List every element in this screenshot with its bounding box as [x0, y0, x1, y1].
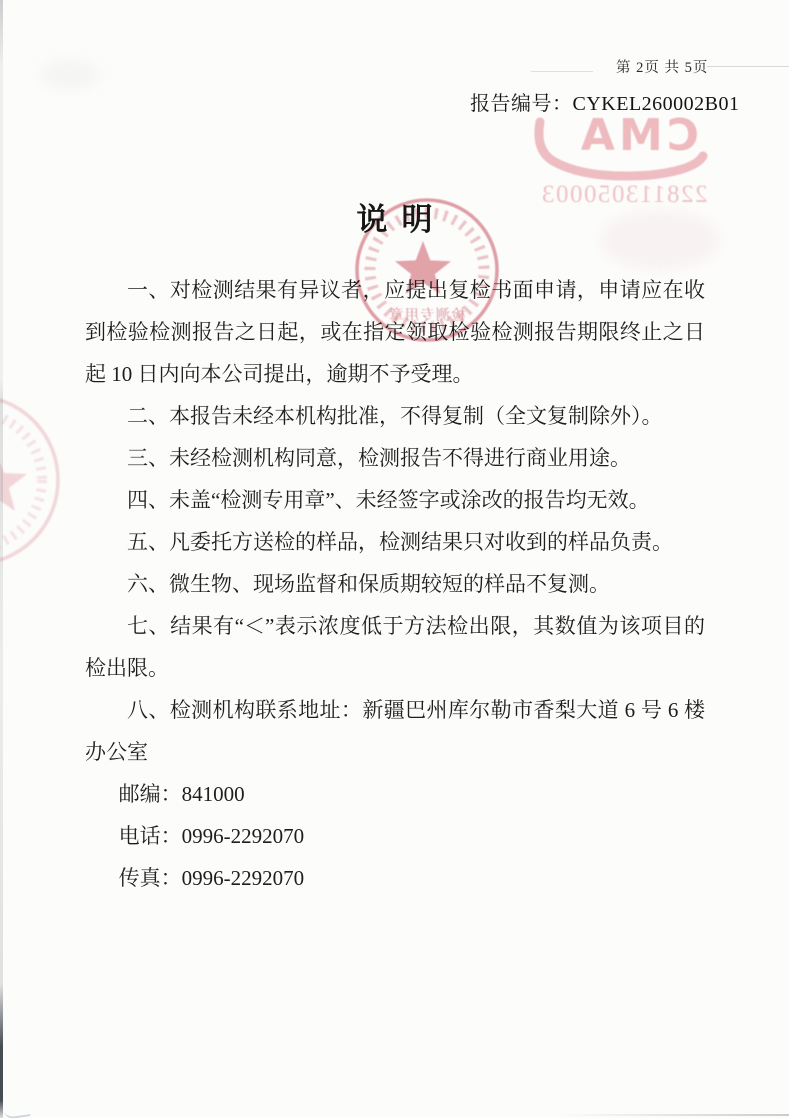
phone-line: 电话：0996-2292070 [85, 815, 705, 857]
postal-code-line: 邮编：841000 [85, 773, 705, 815]
partial-seal-text-ring [0, 412, 42, 548]
note-item-6: 六、微生物、现场监督和保质期较短的样品不复测。 [85, 563, 705, 605]
scan-corner-mark [3, 1106, 30, 1118]
partial-seal-left-edge [0, 385, 80, 585]
note-item-4: 四、未盖“检测专用章”、未经签字或涂改的报告均无效。 [85, 479, 705, 521]
note-item-5: 五、凡委托方送检的样品，检测结果只对收到的样品负责。 [85, 521, 705, 563]
partial-seal-graphic [0, 385, 80, 585]
cma-arc [539, 122, 703, 176]
report-number-label: 报告编号： [470, 93, 573, 115]
partial-seal-star [0, 451, 27, 511]
cma-letters: CMA [577, 110, 699, 161]
scan-artifact-line [531, 71, 593, 72]
note-item-2: 二、本报告未经本机构批准，不得复制（全文复制除外）。 [85, 395, 705, 437]
scan-smudge [40, 60, 100, 90]
scan-edge-artifact [0, 0, 3, 1118]
scanned-report-page: 第 2页 共 5页 报告编号：CYKEL260002B01 CMA 228113… [0, 0, 789, 1118]
note-item-3: 三、未经检测机构同意，检测报告不得进行商业用途。 [85, 437, 705, 479]
report-number-value: CYKEL260002B01 [573, 93, 740, 115]
document-body: 一、对检测结果有异议者，应提出复检书面申请，申请应在收到检验检测报告之日起，或在… [85, 269, 705, 899]
report-number-line: 报告编号：CYKEL260002B01 [470, 87, 740, 116]
note-item-1: 一、对检测结果有异议者，应提出复检书面申请，申请应在收到检验检测报告之日起，或在… [85, 269, 705, 395]
scan-edge-artifact [559, 1114, 789, 1116]
scan-artifact-line [707, 66, 789, 67]
note-item-8: 八、检测机构联系地址：新疆巴州库尔勒市香梨大道 6 号 6 楼办公室 [85, 689, 705, 773]
note-item-7: 七、结果有“＜”表示浓度低于方法检出限，其数值为该项目的检出限。 [85, 605, 705, 689]
partial-seal-ring [0, 396, 58, 564]
fax-line: 传真：0996-2292070 [85, 857, 705, 899]
page-indicator: 第 2页 共 5页 [616, 56, 706, 77]
page-title: 说明 [0, 194, 789, 239]
